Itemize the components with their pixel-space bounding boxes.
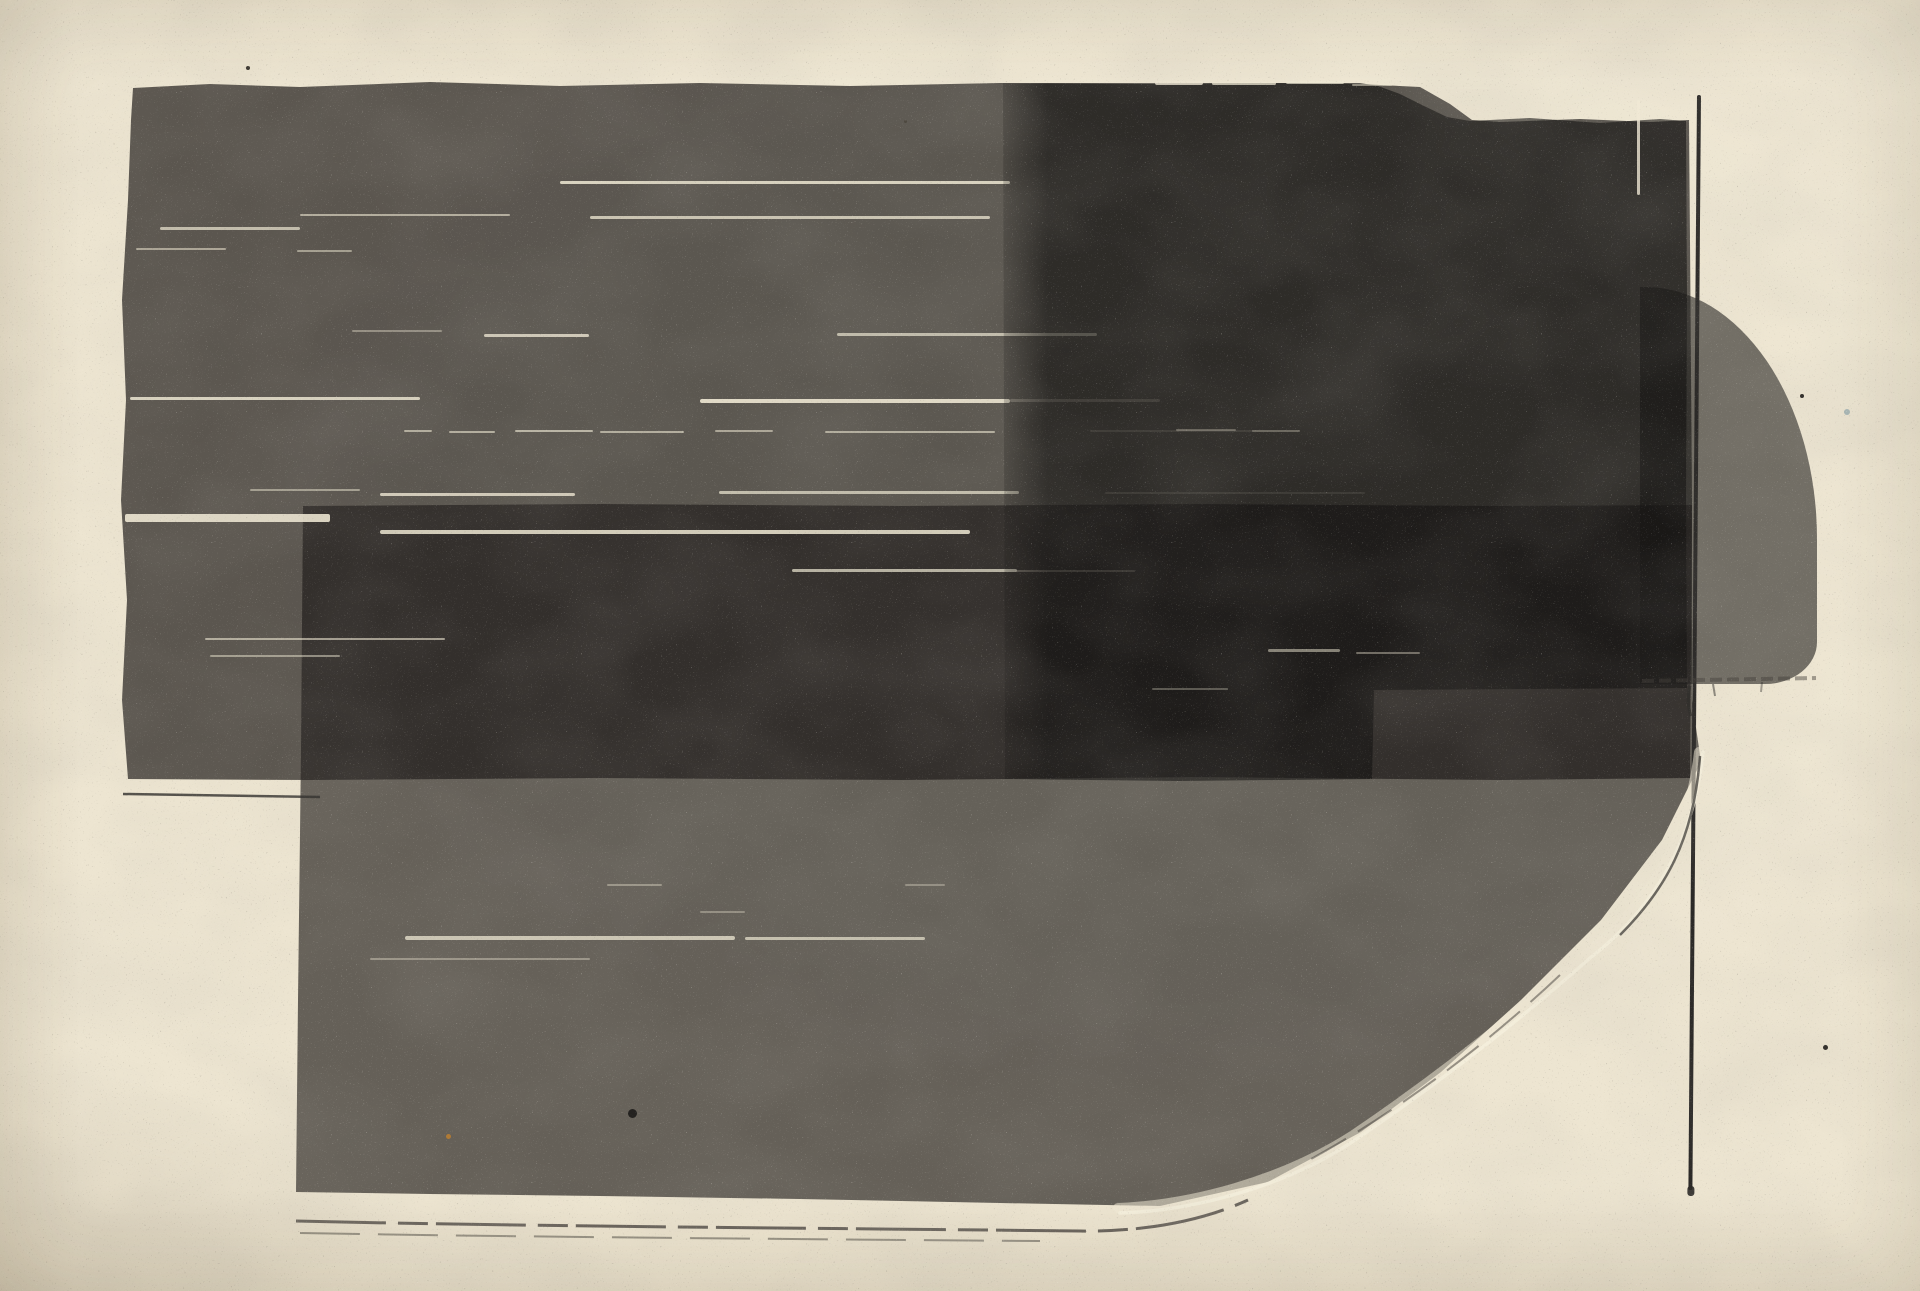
white-streak — [1268, 649, 1340, 652]
ink-speck-dot — [246, 66, 250, 70]
ink-speck-dot — [1800, 394, 1804, 398]
white-streak — [600, 431, 684, 433]
ink-speck-dot — [446, 1134, 451, 1139]
white-streak — [405, 936, 735, 940]
white-streak — [205, 638, 445, 640]
white-streak — [1252, 430, 1300, 432]
white-streak — [160, 227, 300, 230]
white-streak — [715, 430, 773, 432]
white-vertical-scratch — [1637, 100, 1640, 195]
white-streak — [370, 958, 590, 960]
white-streak — [484, 334, 589, 337]
white-streak — [719, 491, 1019, 494]
white-streak — [1212, 82, 1276, 85]
ink-speck-dot — [628, 1109, 637, 1118]
ink-speck-dot — [1844, 409, 1850, 415]
white-streak — [250, 489, 360, 491]
white-streak — [1352, 84, 1392, 86]
white-streak — [1155, 81, 1203, 85]
white-streak — [745, 937, 925, 940]
white-streak — [136, 248, 226, 250]
white-streak — [905, 884, 945, 886]
white-streak — [700, 399, 1010, 403]
white-streak — [1356, 652, 1420, 654]
white-streak — [515, 430, 593, 432]
white-streak — [1444, 87, 1490, 89]
white-streak — [449, 431, 495, 433]
white-streak — [560, 181, 1010, 184]
white-streak — [210, 655, 340, 657]
white-streak — [607, 884, 662, 886]
white-streak — [792, 569, 1017, 572]
white-streak — [590, 216, 990, 219]
white-streak — [297, 250, 352, 252]
white-streak — [1152, 688, 1228, 690]
white-streak — [130, 397, 420, 400]
white-streak — [380, 493, 575, 496]
ink-speck-dot — [1823, 1045, 1828, 1050]
white-streak — [700, 911, 745, 913]
white-streak — [380, 530, 970, 534]
white-streak — [352, 330, 442, 332]
white-streak — [1176, 429, 1236, 431]
artwork-canvas — [0, 0, 1920, 1291]
white-streak — [825, 431, 995, 433]
white-streak — [404, 430, 432, 432]
white-streak — [300, 214, 510, 216]
white-streak — [1286, 81, 1344, 84]
ink-speck-dot — [904, 120, 907, 123]
white-streak — [125, 514, 330, 522]
